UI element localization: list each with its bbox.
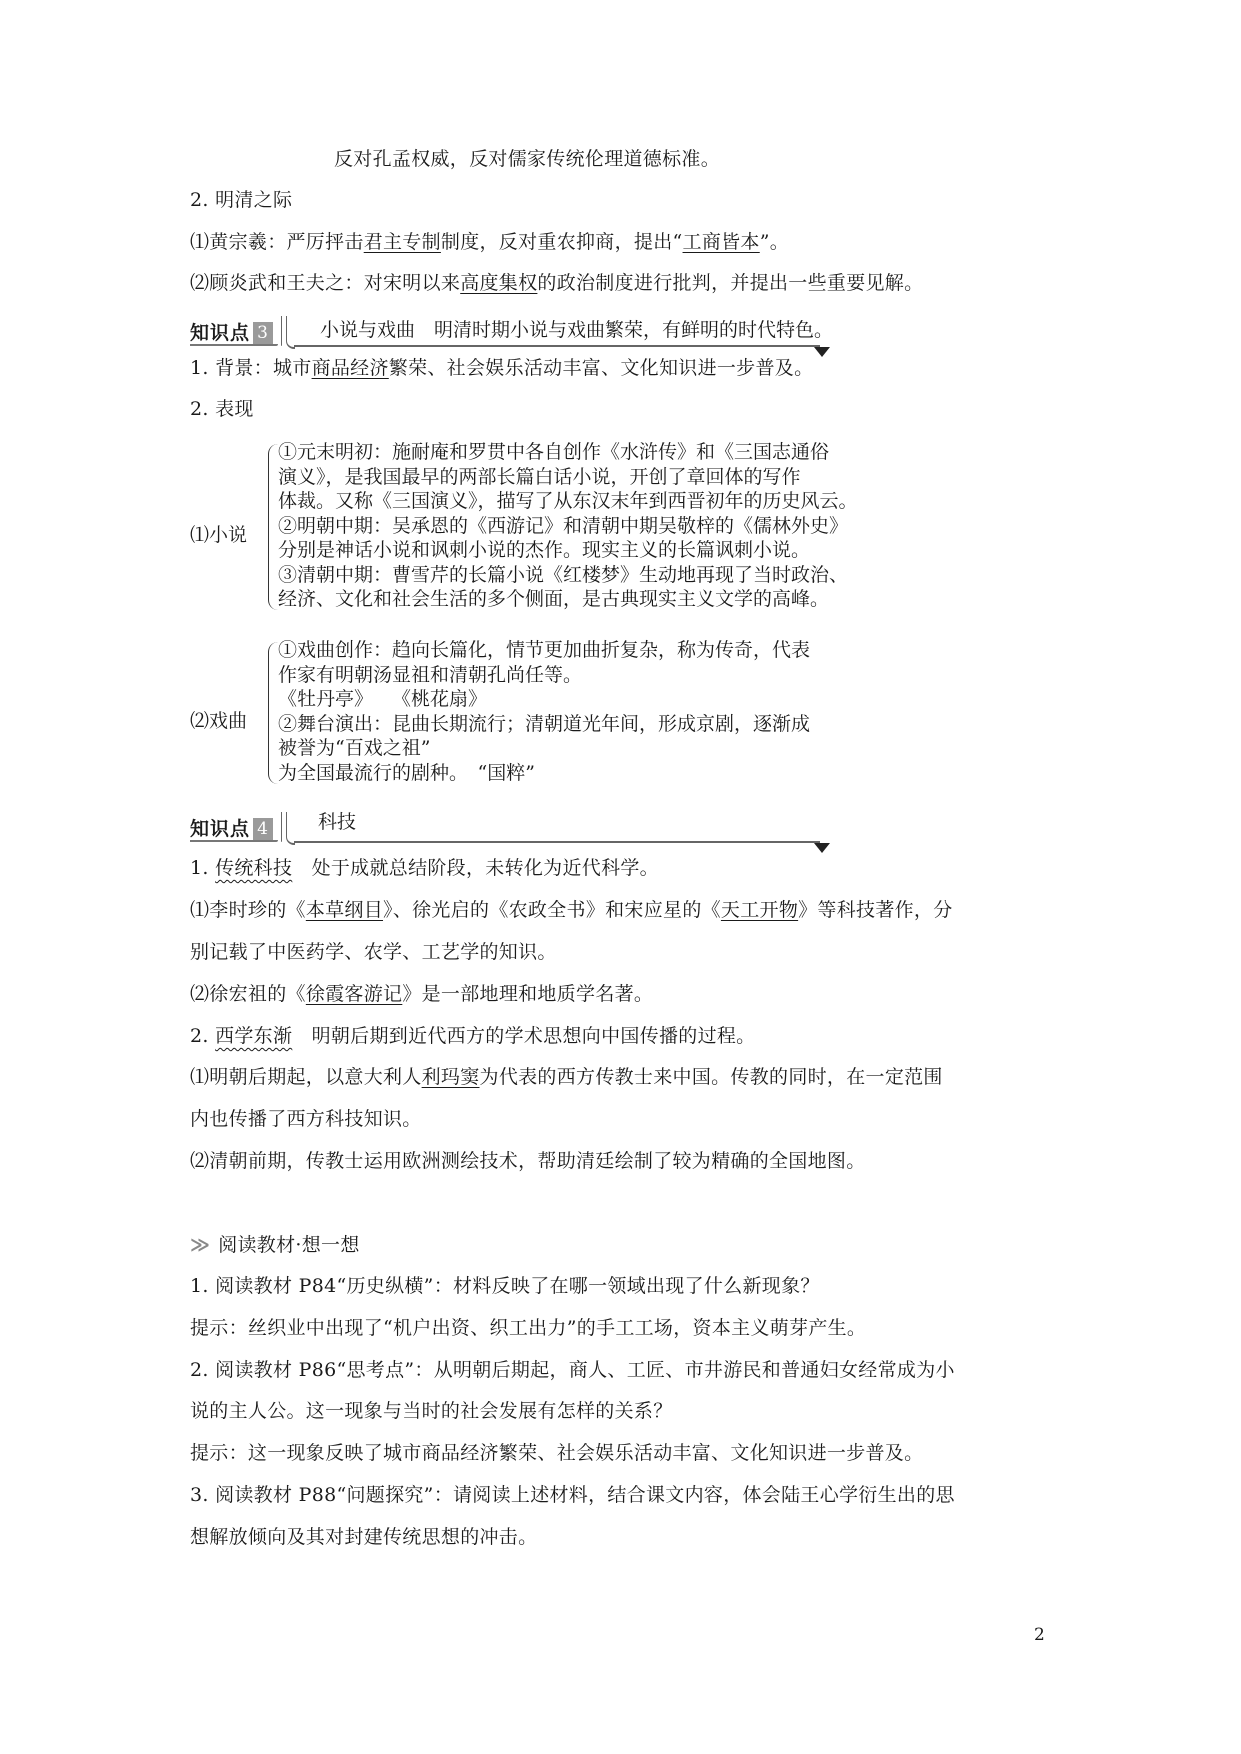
tech-item-1-line-2: 别记载了中医药学、农学、工艺学的知识。 [190,939,557,965]
reading-question-2-line-1: 2. 阅读教材 P86“思考点”：从明朝后期起，商人、工匠、市井游民和普通妇女经… [190,1357,955,1383]
double-chevron-right-icon: ≫ [190,1234,210,1256]
key-term: 天工开物 [721,899,798,921]
divider [281,812,282,842]
knowledge-point-label: 知识点3 [190,318,273,345]
reading-answer-2: 提示：这一现象反映了城市商品经济繁荣、社会娱乐活动丰富、文化知识进一步普及。 [190,1440,923,1466]
divider [281,316,282,346]
key-term: 商品经济 [312,357,389,379]
key-term-wavy: 西学东渐 [215,1025,292,1047]
divider [190,840,278,842]
reading-question-3-line-1: 3. 阅读教材 P88“问题探究”：请阅读上述材料，结合课文内容，体会陆王心学衍… [190,1482,955,1508]
western-item-1-line-2: 内也传播了西方科技知识。 [190,1106,422,1132]
item-huang-zongxi: ⑴黄宗羲：严厉抨击君主专制制度，反对重农抑商，提出“工商皆本”。 [190,229,789,255]
knowledge-point-3-header: 知识点3 小说与戏曲 明清时期小说与戏曲繁荣，有鲜明的时代特色。 [190,314,820,350]
item-gu-yanwu: ⑵顾炎武和王夫之：对宋明以来高度集权的政治制度进行批判，并提出一些重要见解。 [190,270,923,296]
reading-section-heading: ≫阅读教材·想一想 [190,1232,360,1258]
brace-label-opera: ⑵戏曲 [190,706,247,733]
intro-line: 反对孔孟权威，反对儒家传统伦理道德标准。 [334,146,720,172]
background-line: 1. 背景：城市商品经济繁荣、社会娱乐活动丰富、文化知识进一步普及。 [190,355,813,381]
section-heading-ming-qing: 2. 明清之际 [190,187,292,213]
key-term: 本草纲目 [306,899,383,921]
key-term-wavy: 传统科技 [215,857,292,879]
reading-question-1: 1. 阅读教材 P84“历史纵横”：材料反映了在哪一领域出现了什么新现象？ [190,1273,820,1299]
key-term: 徐霞客游记 [306,983,403,1005]
tech-item-2: ⑵徐宏祖的《徐霞客游记》是一部地理和地质学名著。 [190,981,653,1007]
traditional-tech-line: 1. 传统科技 处于成就总结阶段，未转化为近代科学。 [190,855,659,881]
brace-label-novel: ⑴小说 [190,520,247,547]
tech-item-1-line-1: ⑴李时珍的《本草纲目》、徐光启的《农政全书》和宋应星的《天工开物》等科技著作，分 [190,897,953,923]
performance-heading: 2. 表现 [190,396,254,422]
key-term: 利玛窦 [422,1066,480,1088]
western-item-1-line-1: ⑴明朝后期起，以意大利人利玛窦为代表的西方传教士来中国。传教的同时，在一定范围 [190,1064,943,1090]
divider [190,344,278,346]
knowledge-point-title: 科技 [318,807,356,834]
reading-question-2-line-2: 说的主人公。这一现象与当时的社会发展有怎样的关系？ [190,1398,673,1424]
page-number: 2 [1034,1625,1045,1645]
divider [294,345,820,347]
knowledge-point-number-badge: 3 [253,322,273,344]
reading-question-3-line-2: 想解放倾向及其对封建传统思想的冲击。 [190,1524,537,1550]
key-term: 工商皆本 [683,231,760,253]
opera-lines: ①戏曲创作：趋向长篇化，情节更加曲折复杂，称为传奇，代表 作家有明朝汤显祖和清朝… [278,638,810,785]
triangle-down-icon [814,843,830,853]
knowledge-point-4-header: 知识点4 科技 [190,810,820,846]
key-term: 君主专制 [364,231,441,253]
key-term: 高度集权 [460,272,537,294]
knowledge-point-number-badge: 4 [253,818,273,840]
reading-answer-1: 提示：丝织业中出现了“机户出资、织工出力”的手工工场，资本主义萌芽产生。 [190,1315,866,1341]
knowledge-point-label: 知识点4 [190,814,273,841]
knowledge-point-title: 小说与戏曲 明清时期小说与戏曲繁荣，有鲜明的时代特色。 [320,315,833,342]
western-learning-line: 2. 西学东渐 明朝后期到近代西方的学术思想向中国传播的过程。 [190,1023,755,1049]
western-item-2: ⑵清朝前期，传教士运用欧洲测绘技术，帮助清廷绘制了较为精确的全国地图。 [190,1148,866,1174]
divider [294,841,820,843]
triangle-down-icon [814,347,830,357]
novel-lines: ①元末明初：施耐庵和罗贯中各自创作《水浒传》和《三国志通俗 演义》，是我国最早的… [278,440,858,612]
